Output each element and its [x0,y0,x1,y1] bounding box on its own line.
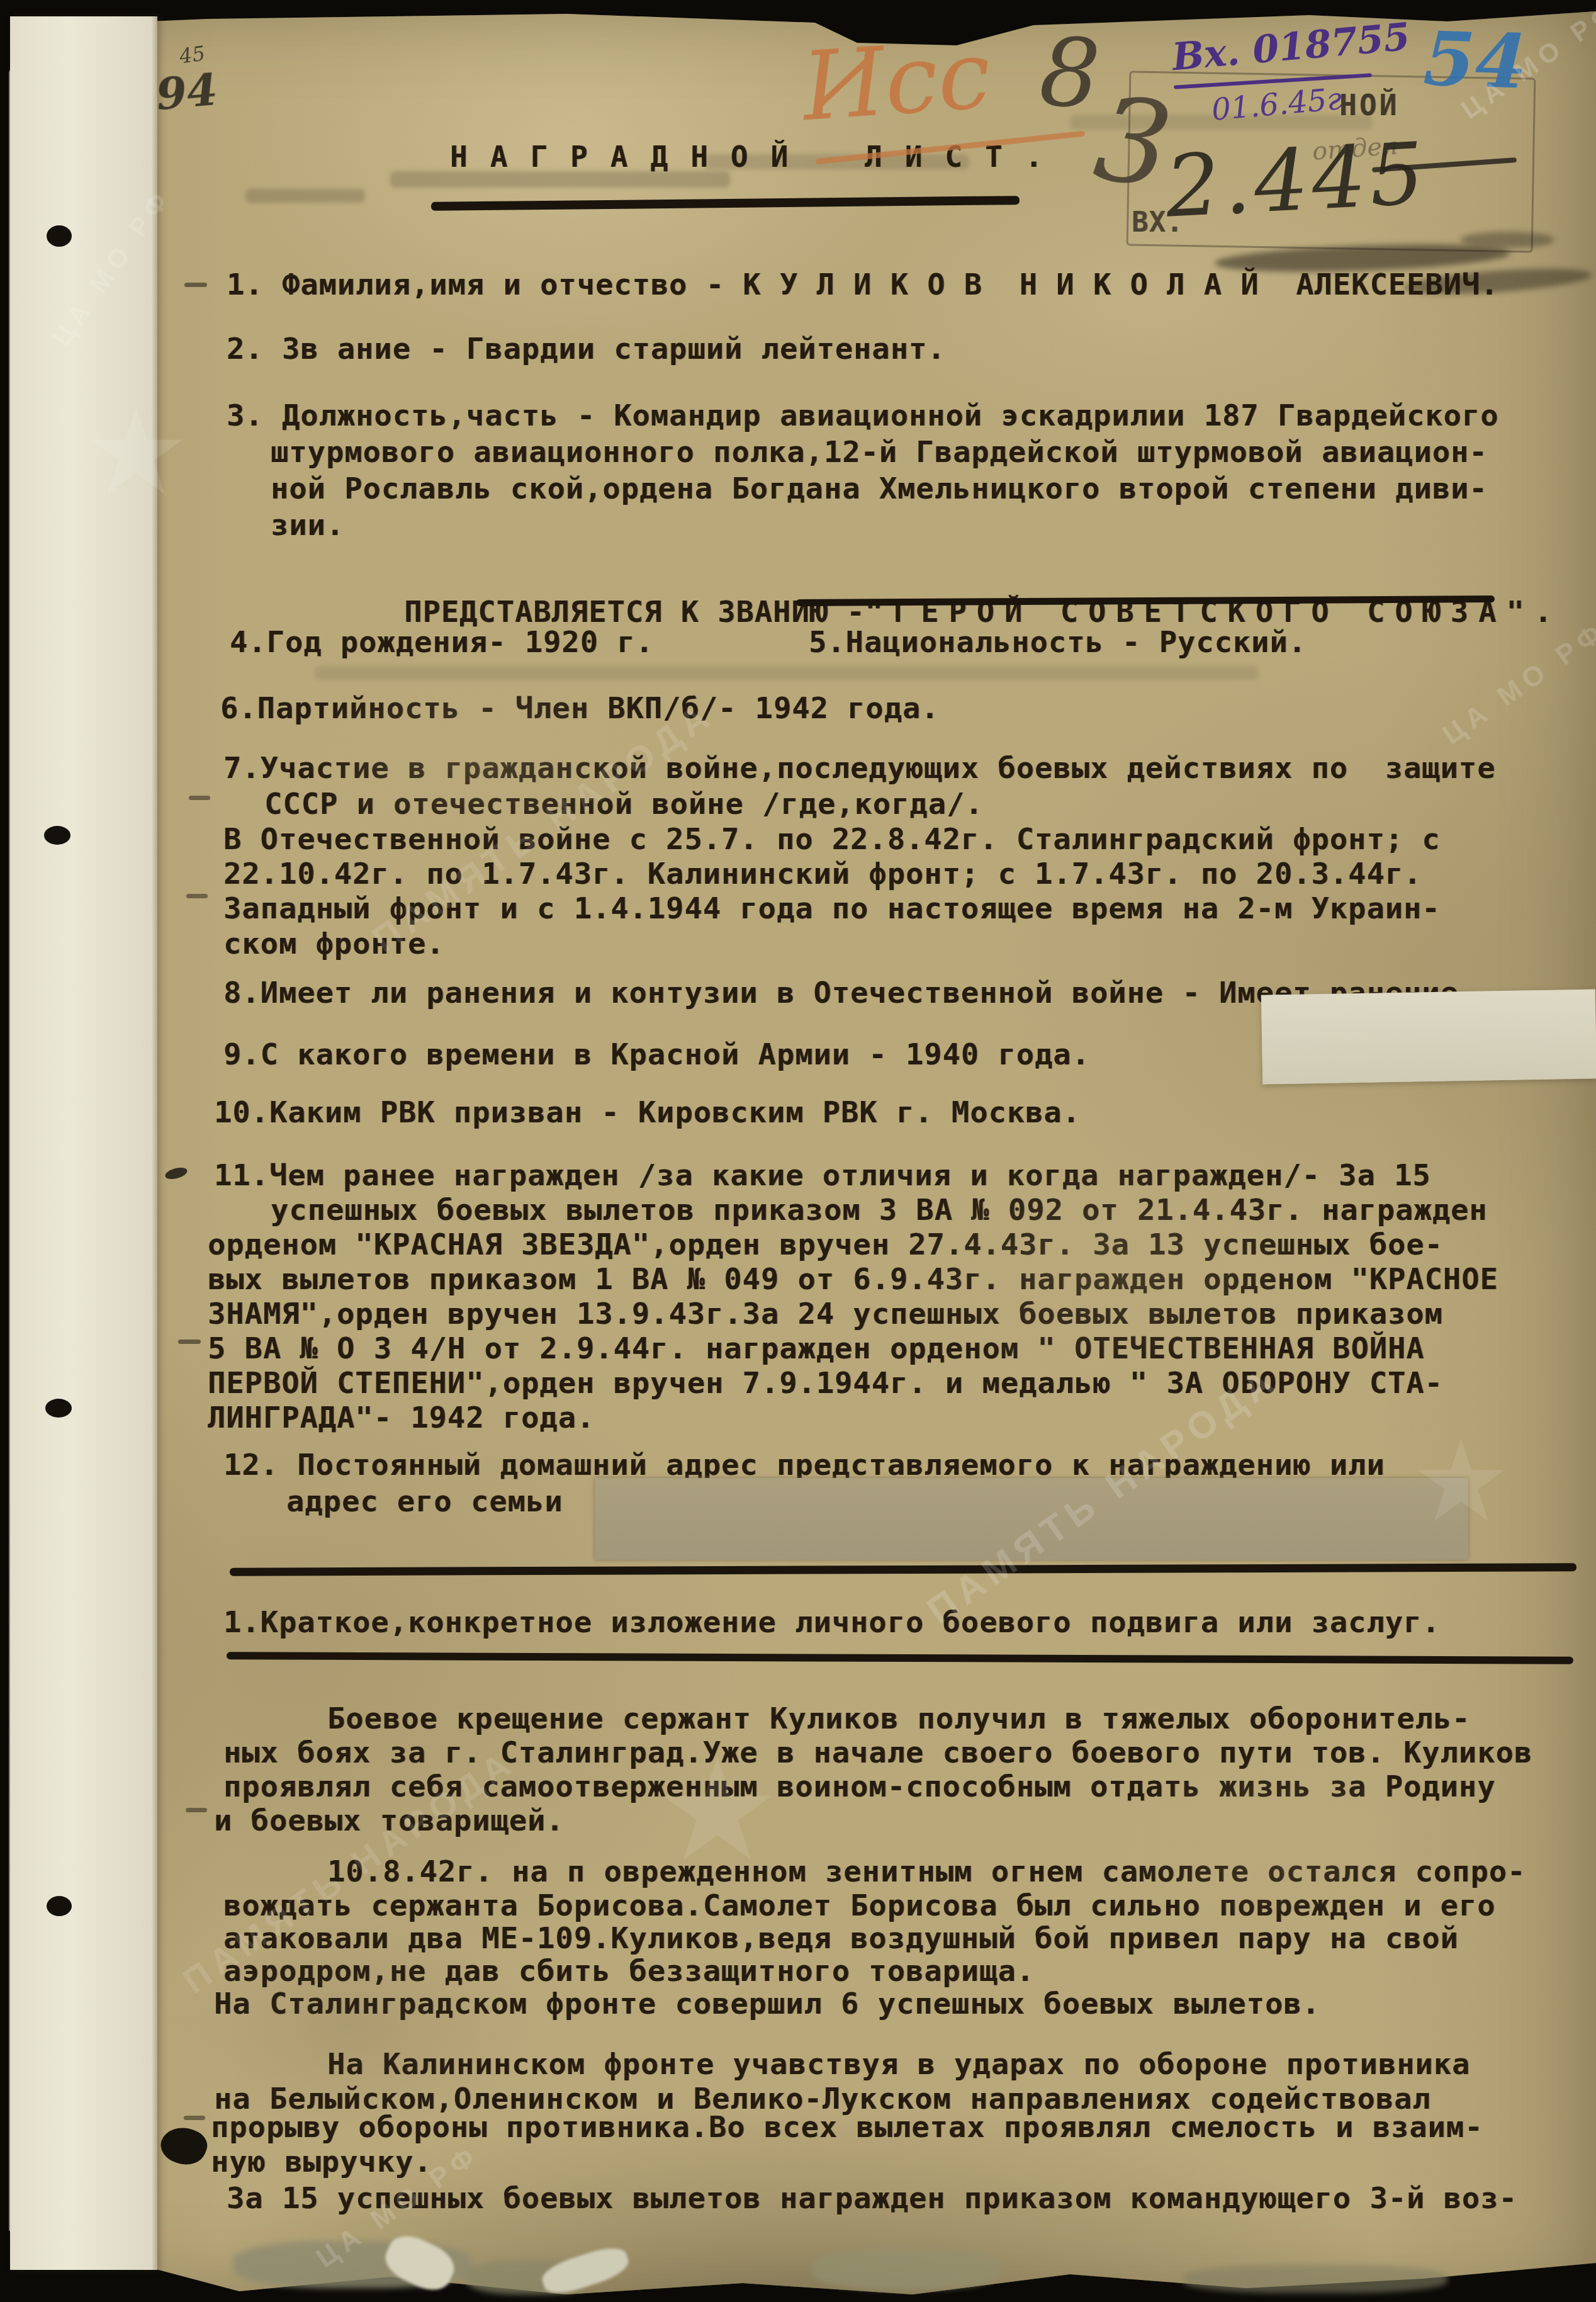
feat-para1-line1: Боевое крещение сержант Куликов получил … [327,1701,1470,1736]
line-9-service-since: 9.С какого времени в Красной Армии - 194… [223,1037,1090,1072]
corner-page-stamp: 94 [154,63,220,120]
stamp-fragment: НОЙ [1339,88,1399,122]
line-5-nationality: 5.Национальность - Русский. [809,625,1307,660]
line-7-participation-3: В Отечественной войне с 25.7. по 22.8.42… [223,822,1441,857]
watermark-star-icon: ★ [661,1737,780,1884]
line-11-awards-2: успешных боевых вылетов приказом 3 ВА № … [271,1193,1488,1227]
worn-edge [812,2248,1001,2289]
line-7-participation-4: 22.10.42г. по 1.7.43г. Калининский фронт… [223,857,1422,891]
line-3-position-1: 3. Должность,часть - Командир авиационно… [227,398,1498,433]
feat-para2-line4: аэродром,не дав сбить беззащитного товар… [223,1954,1035,1989]
line-1-name: 1. Фамилия,имя и отчество - К У Л И К О … [227,268,1498,302]
margin-dash [189,796,210,800]
binding-strip [10,16,157,2270]
watermark-star-icon: ★ [88,390,190,515]
feat-para2-line5: На Сталинградском фронте совершил 6 успе… [214,1987,1320,2021]
line-10-rvk: 10.Каким РВК призван - Кировским РВК г. … [214,1095,1081,1130]
line-11-awards-1: 11.Чем ранее награжден /за какие отличия… [214,1158,1431,1193]
written-number: 2.445 [1163,124,1430,237]
line-11-awards-5: ЗНАМЯ",орден вручен 13.9.43г.За 24 успеш… [208,1297,1443,1331]
line-11-awards-3: орденом "КРАСНАЯ ЗВЕЗДА",орден вручен 27… [208,1227,1443,1262]
line-12-address-2: адрес его семьи [286,1484,563,1519]
feat-para3-line1: На Калининском фронте учавствуя в ударах… [327,2047,1470,2082]
punch-hole [45,1399,72,1418]
bleed-through [315,666,1259,680]
feat-para1-line3: проявлял себя самоотверженным воином-спо… [223,1769,1495,1804]
line-11-awards-8: ЛИНГРАДА"- 1942 года. [208,1401,595,1435]
section-heading-feat: 1.Краткое,конкретное изложение личного б… [223,1605,1441,1640]
margin-dash [186,1808,207,1812]
punch-hole [44,826,70,845]
margin-dash [184,2116,205,2120]
feat-para3-line4: ную выручку. [211,2145,432,2179]
line-6-party: 6.Партийность - Член ВКП/б/- 1942 года. [220,691,940,726]
margin-dash [184,283,207,287]
line-11-awards-4: вых вылетов приказом 1 ВА № 049 от 6.9.4… [208,1262,1498,1297]
margin-dash [178,1340,201,1344]
margin-dash [186,894,208,898]
feat-para1-line2: ных боях за г. Сталинград.Уже в начале с… [223,1735,1532,1770]
feat-para2-line2: вождать сержанта Борисова.Самолет Борисо… [223,1888,1495,1923]
line-4-birth-year: 4.Год рождения- 1920 г. [230,625,654,660]
line-12-address-1: 12. Постоянный домашний адрес представля… [223,1448,1385,1482]
pencil-mark-8: 8 [1037,18,1103,130]
feat-para2-line1: 10.8.42г. на п оврежденном зенитным огне… [327,1854,1526,1889]
feat-para3-line3: прорыву обороны противника.Во всех вылет… [211,2110,1483,2145]
pasted-paper-patch [1261,989,1596,1084]
line-3-position-4: зии. [271,508,344,543]
orange-registry-mark: Исс [799,20,994,142]
presented-prefix: ПРЕДСТАВЛЯЕТСЯ К ЗВАНИЮ - [404,595,865,629]
worn-edge [1183,2265,1447,2293]
watermark-star-icon: ★ [1416,1423,1512,1540]
line-2-rank: 2. Зв ание - Гвардии старший лейтенант. [227,332,946,366]
line-7-participation-1: 7.Участие в гражданской войне,последующи… [223,751,1495,786]
line-11-awards-6: 5 ВА № О 3 4/Н от 2.9.44г. награжден орд… [208,1331,1425,1366]
line-3-position-3: ной Рославль ской,ордена Богдана Хмельни… [271,471,1488,506]
bleed-through [245,189,365,203]
ink-smudge [1460,232,1554,248]
punch-hole [47,1896,72,1916]
scanned-document: 45 94 НАГРАДНОЙ ЛИСТ. Исс 8 3 Вх. 018755… [0,0,1596,2302]
feat-para2-line3: атаковали два МЕ-109.Куликов,ведя воздуш… [223,1921,1459,1956]
line-3-position-2: штурмового авиационного полка,12-й Гвард… [271,435,1488,470]
punch-hole [47,225,72,247]
